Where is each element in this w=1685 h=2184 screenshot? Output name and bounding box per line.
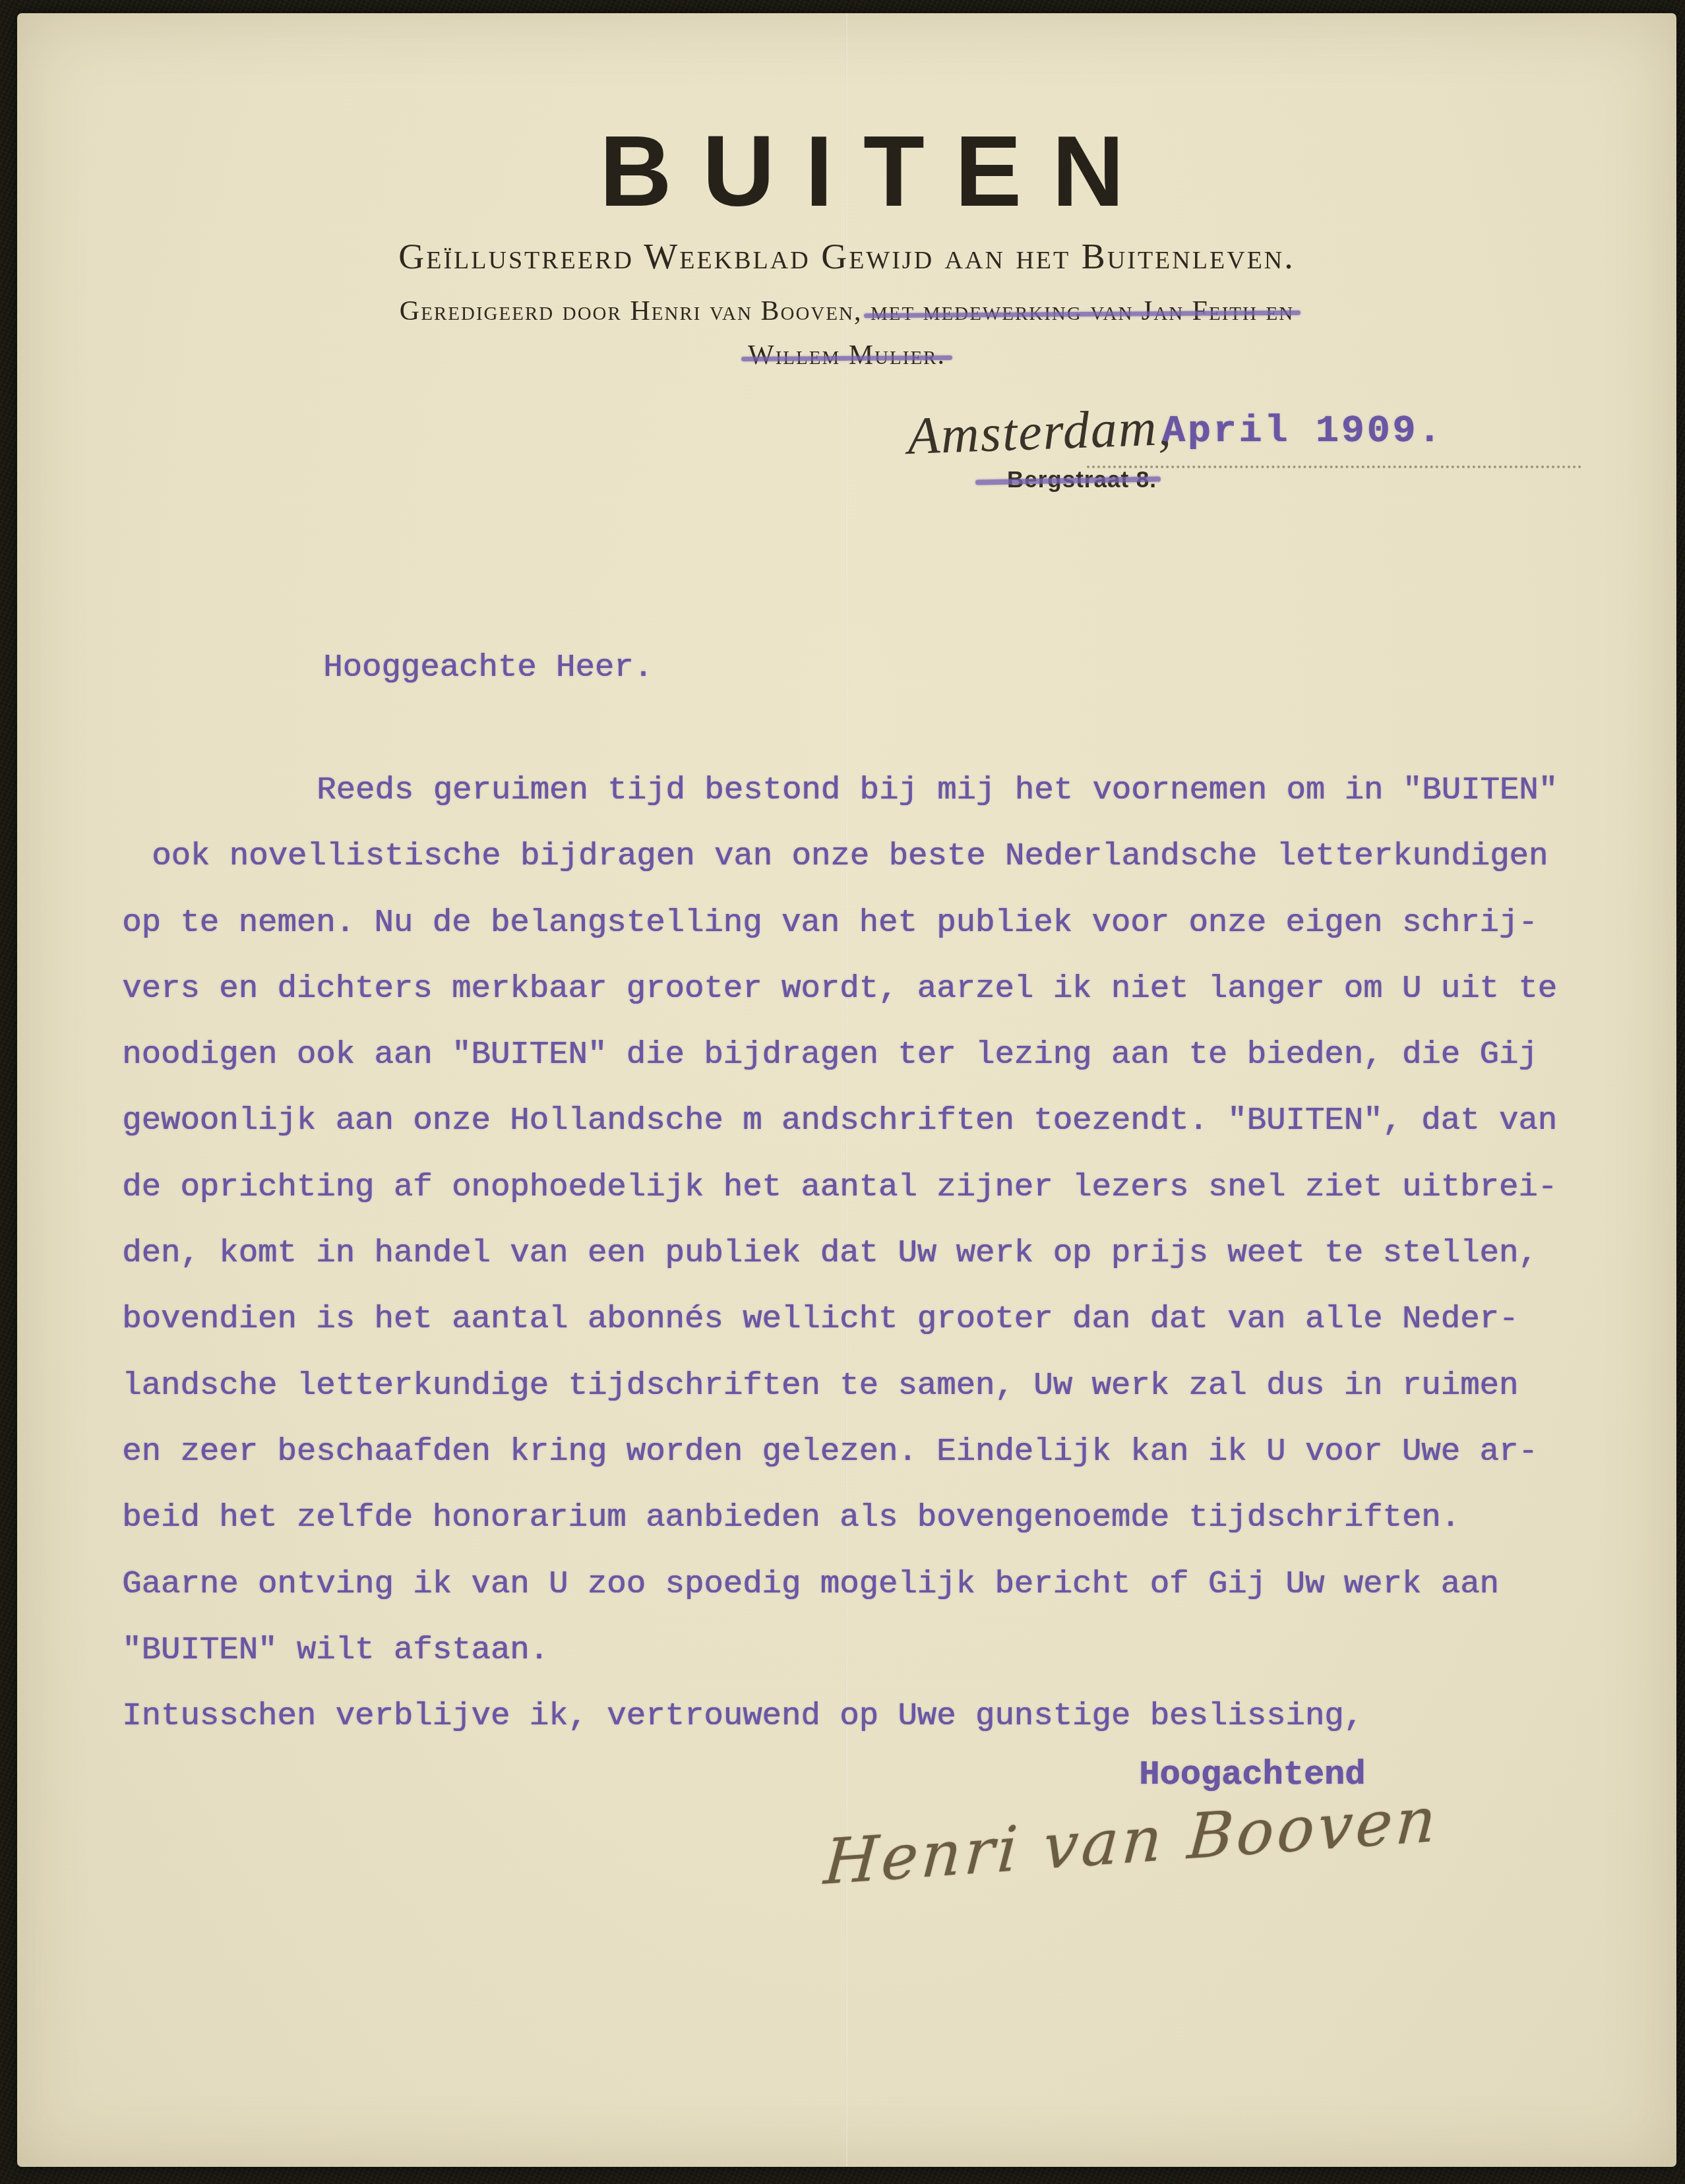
letter-page: BUITEN Geïllustreerd Weekblad Gewijd aan… bbox=[17, 13, 1676, 2167]
body-line: gewoonlijk aan onze Hollandsche m andsch… bbox=[122, 1087, 1665, 1153]
body-line: op te nemen. Nu de belangstelling van he… bbox=[122, 890, 1665, 956]
body-line: den, komt in handel van een publiek dat … bbox=[122, 1220, 1665, 1286]
body-line: Reeds geruimen tijd bestond bij mij het … bbox=[122, 757, 1665, 823]
dateline-address: Bergstraat 8. bbox=[1007, 467, 1157, 493]
body-line: Intusschen verblijve ik, vertrouwend op … bbox=[122, 1683, 1665, 1749]
closing-valediction: Hoogachtend bbox=[1139, 1754, 1365, 1796]
letterhead-editor-line: Geredigeerd door Henri van Booven, met m… bbox=[17, 295, 1676, 327]
dateline-address-struck-text: Bergstraat 8. bbox=[1007, 467, 1157, 493]
body-line: en zeer beschaafden kring worden gelezen… bbox=[122, 1418, 1665, 1484]
letterhead-editor-struck-text: met medewerking van Jan Feith en bbox=[871, 295, 1294, 327]
body-line: Gaarne ontving ik van U zoo spoedig moge… bbox=[122, 1551, 1665, 1617]
letterhead-title: BUITEN bbox=[17, 119, 1685, 224]
signature-henri-van-booven: Henri van Booven bbox=[800, 1782, 1463, 1901]
body-line: ook novellistische bijdragen van onze be… bbox=[122, 823, 1665, 889]
letterhead-subtitle: Geïllustreerd Weekblad Gewijd aan het Bu… bbox=[17, 236, 1676, 277]
letterhead-editor-struck-text-2: Willem Mulier. bbox=[748, 340, 946, 371]
body-line: beid het zelfde honorarium aanbieden als… bbox=[122, 1484, 1665, 1550]
body-line: de oprichting af onophoedelijk het aanta… bbox=[122, 1154, 1665, 1220]
body-line: bovendien is het aantal abonnés wellicht… bbox=[122, 1286, 1665, 1352]
body-line: landsche letterkundige tijdschriften te … bbox=[122, 1352, 1665, 1418]
letter-body: Reeds geruimen tijd bestond bij mij het … bbox=[122, 757, 1665, 1749]
scan-background: BUITEN Geïllustreerd Weekblad Gewijd aan… bbox=[0, 0, 1685, 2184]
body-line: noodigen ook aan "BUITEN" die bijdragen … bbox=[122, 1021, 1665, 1087]
dateline-date: April 1909. bbox=[1162, 410, 1444, 453]
salutation: Hooggeachte Heer. bbox=[323, 648, 653, 687]
body-line: "BUITEN" wilt afstaan. bbox=[122, 1617, 1665, 1683]
letterhead-editor-text: Geredigeerd door Henri van Booven, bbox=[400, 296, 871, 326]
letterhead-editor-line-2: Willem Mulier. bbox=[17, 340, 1676, 371]
body-line: vers en dichters merkbaar grooter wordt,… bbox=[122, 956, 1665, 1021]
